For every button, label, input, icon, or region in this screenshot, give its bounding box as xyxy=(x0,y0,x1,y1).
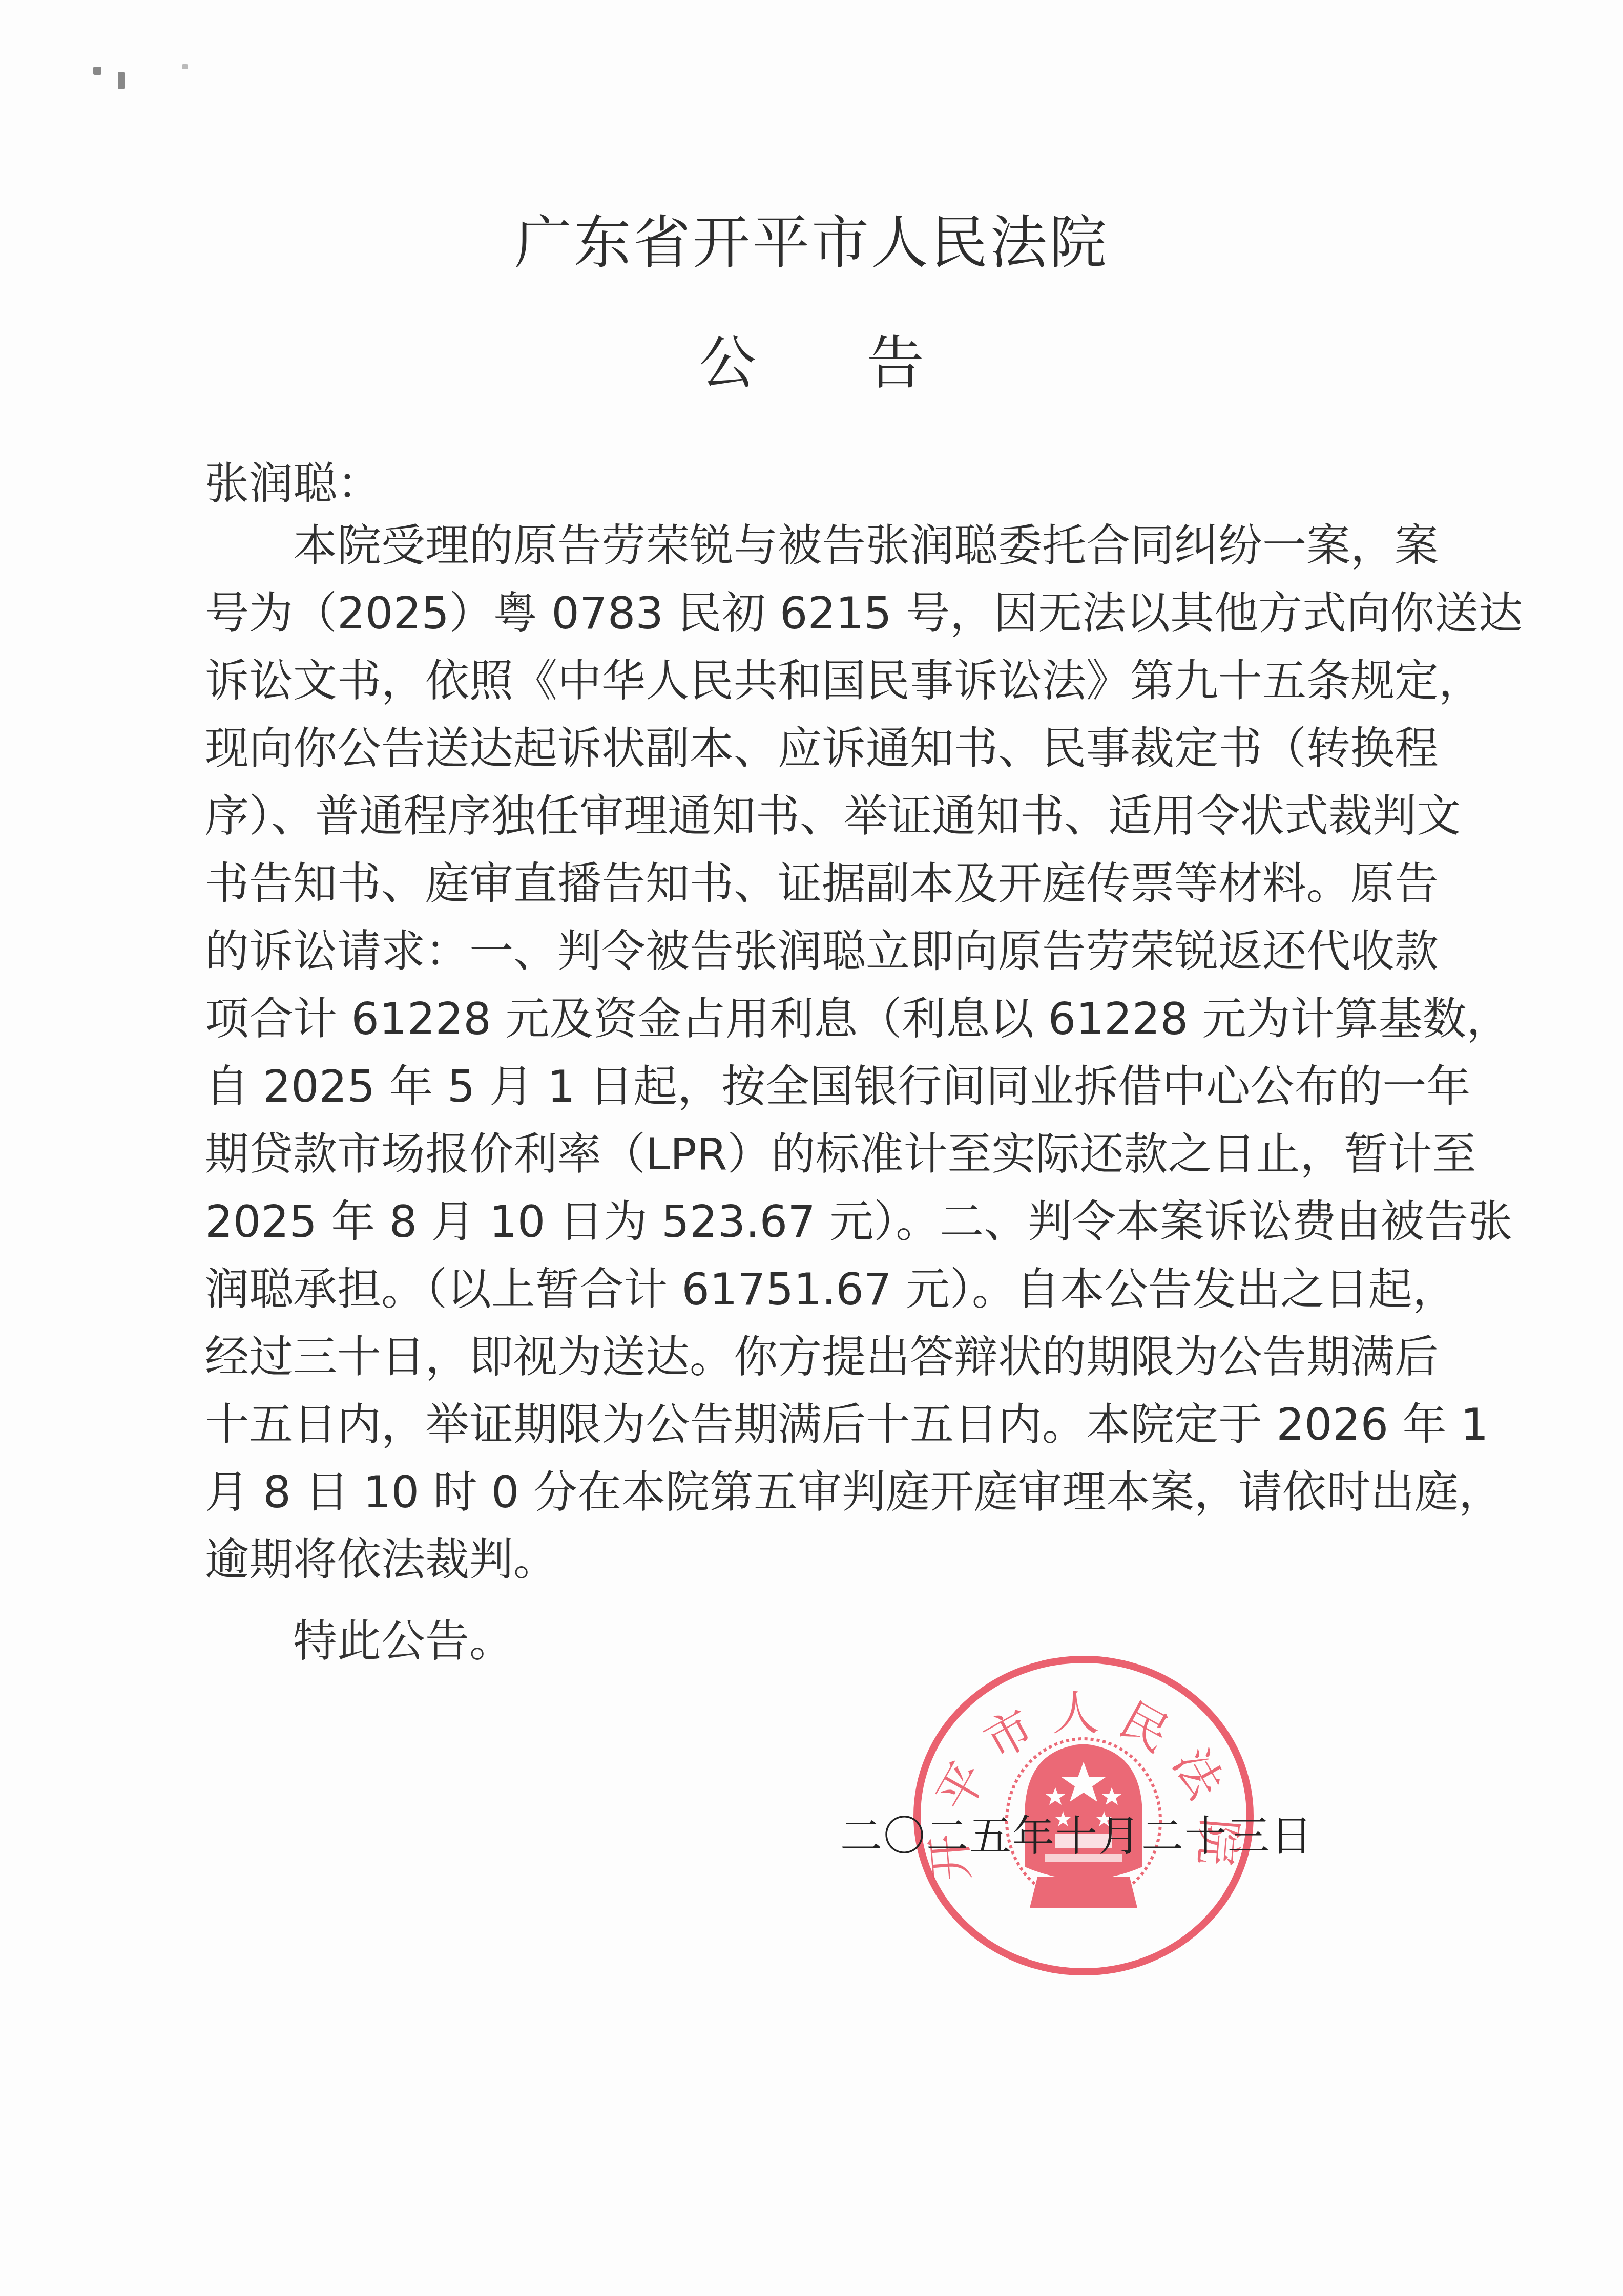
body-line: 本院受理的原告劳荣锐与被告张润聪委托合同纠纷一案，案 xyxy=(205,512,1427,580)
body-line: 诉讼文书，依照《中华人民共和国民事诉讼法》第九十五条规定， xyxy=(205,647,1427,715)
issue-date: 二〇二五年十月二十三日 xyxy=(840,1803,1312,1863)
body-line: 自 2025 年 5 月 1 日起，按全国银行间同业拆借中心公布的一年 xyxy=(205,1053,1427,1121)
body-line: 号为（2025）粤 0783 民初 6215 号，因无法以其他方式向你送达 xyxy=(205,580,1427,647)
scan-artifact xyxy=(93,67,101,75)
document-page: 广东省开平市人民法院 公 告 张润聪： 本院受理的原告劳荣锐与被告张润聪委托合同… xyxy=(0,0,1623,2296)
body-line: 序）、普通程序独任审理通知书、举证通知书、适用令状式裁判文 xyxy=(205,783,1427,850)
body-line: 项合计 61228 元及资金占用利息（利息以 61228 元为计算基数， xyxy=(205,985,1427,1053)
scan-artifact xyxy=(182,64,188,69)
announcement-body: 本院受理的原告劳荣锐与被告张润聪委托合同纠纷一案，案 号为（2025）粤 078… xyxy=(205,512,1427,1594)
body-line: 书告知书、庭审直播告知书、证据副本及开庭传票等材料。原告 xyxy=(205,850,1427,918)
closing-statement: 特此公告。 xyxy=(293,1606,513,1669)
body-line: 十五日内，举证期限为公告期满后十五日内。本院定于 2026 年 1 xyxy=(205,1391,1427,1459)
body-line: 月 8 日 10 时 0 分在本院第五审判庭开庭审理本案，请依时出庭， xyxy=(205,1459,1427,1526)
body-line: 2025 年 8 月 10 日为 523.67 元）。二、判令本案诉讼费由被告张 xyxy=(205,1188,1427,1256)
court-name-title: 广东省开平市人民法院 xyxy=(0,197,1623,280)
document-type-heading: 公 告 xyxy=(0,318,1623,400)
body-line: 期贷款市场报价利率（LPR）的标准计至实际还款之日止，暂计至 xyxy=(205,1121,1427,1188)
body-line: 现向你公告送达起诉状副本、应诉通知书、民事裁定书（转换程 xyxy=(205,715,1427,783)
addressee-salutation: 张润聪： xyxy=(205,448,381,512)
body-line: 润聪承担。（以上暂合计 61751.67 元）。自本公告发出之日起， xyxy=(205,1256,1427,1323)
body-line: 经过三十日，即视为送达。你方提出答辩状的期限为公告期满后 xyxy=(205,1323,1427,1391)
body-line: 的诉讼请求：一、判令被告张润聪立即向原告劳荣锐返还代收款 xyxy=(205,918,1427,985)
body-line: 逾期将依法裁判。 xyxy=(205,1526,1427,1594)
scan-artifact xyxy=(118,72,125,89)
